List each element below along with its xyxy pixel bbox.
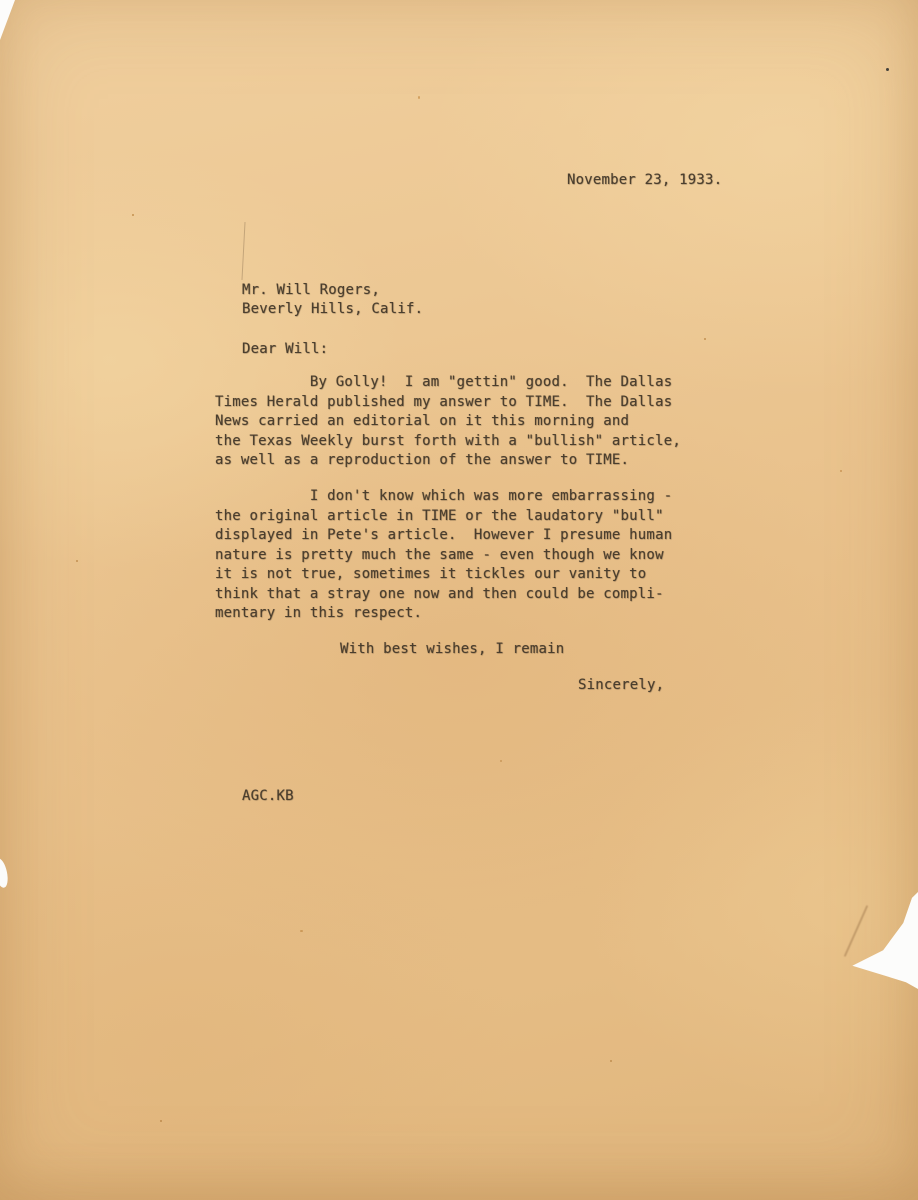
paper-speck xyxy=(300,930,303,932)
paper-speck xyxy=(704,338,706,340)
body-paragraph-1: By Golly! I am "gettin" good. The Dallas… xyxy=(215,373,681,471)
paper-speck xyxy=(76,560,78,562)
body-paragraph-2: I don't know which was more embarrassing… xyxy=(215,487,672,624)
paper-speck xyxy=(500,760,502,762)
paper-speck xyxy=(610,1060,612,1062)
scanned-letter-page: November 23, 1933. Mr. Will Rogers, Beve… xyxy=(0,0,918,1200)
paper-speck xyxy=(418,96,420,99)
paper-speck xyxy=(840,470,842,472)
paper-speck xyxy=(132,214,134,216)
recipient-address: Beverly Hills, Calif. xyxy=(242,300,423,320)
date-line: November 23, 1933. xyxy=(567,171,722,191)
closing-line: With best wishes, I remain xyxy=(340,640,564,660)
recipient-name: Mr. Will Rogers, xyxy=(242,281,380,301)
signoff: Sincerely, xyxy=(578,676,664,696)
salutation: Dear Will: xyxy=(242,340,328,360)
paper-speck xyxy=(160,1120,162,1122)
paper-speck xyxy=(886,68,889,71)
reference-initials: AGC.KB xyxy=(242,787,294,807)
